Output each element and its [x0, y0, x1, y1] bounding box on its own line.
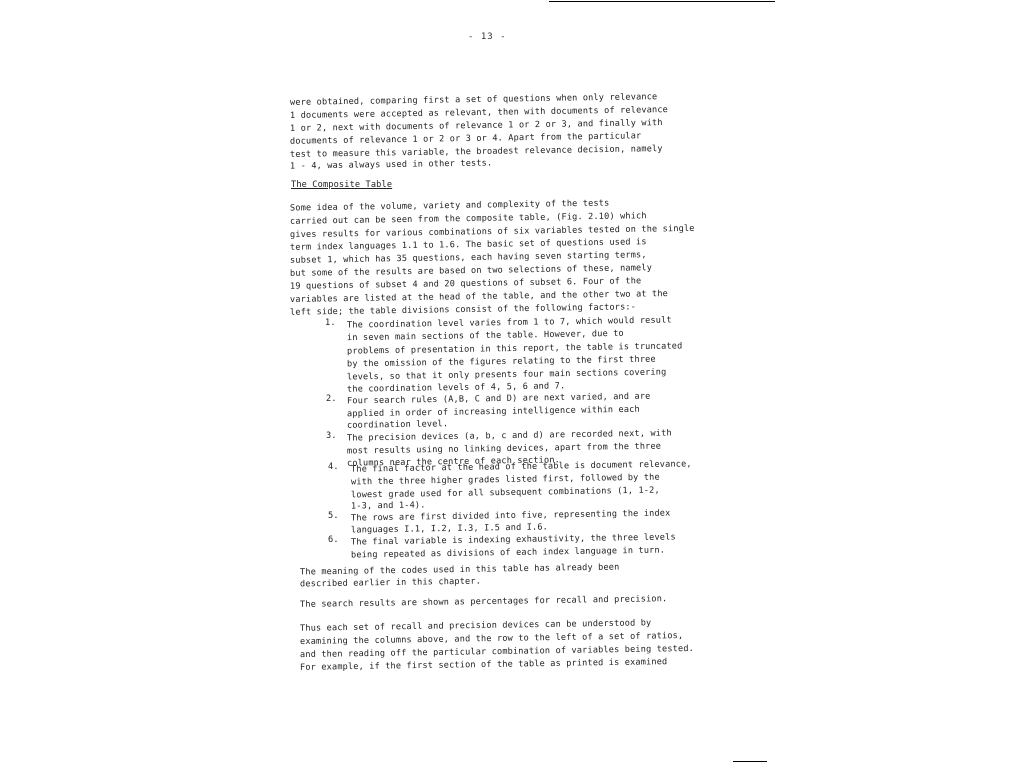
- paragraph-2-line: left side; the table divisions consist o…: [290, 302, 636, 317]
- paragraph-2-line: Some idea of the volume, variety and com…: [290, 198, 610, 213]
- paragraph-4-line: The search results are shown as percenta…: [300, 594, 667, 610]
- paragraph-1-line: 1 - 4, was always used in other tests.: [290, 158, 492, 171]
- paragraph-3-line: The meaning of the codes used in this ta…: [300, 562, 620, 577]
- list-item-number: 2.: [326, 394, 337, 404]
- list-item-number: 6.: [328, 535, 339, 545]
- top-rule: [549, 1, 775, 2]
- paragraph-1-line: test to measure this variable, the broad…: [290, 144, 663, 160]
- list-item-line: being repeated as divisions of each inde…: [351, 546, 665, 561]
- paragraph-3-line: described earlier in this chapter.: [300, 577, 481, 590]
- list-item-line: 1-3, and 1-4).: [351, 500, 426, 511]
- section-heading: The Composite Table: [291, 180, 392, 190]
- list-item-line: in seven main sections of the table. How…: [347, 329, 624, 343]
- list-item-line: lowest grade used for all subsequent com…: [351, 486, 660, 501]
- paragraph-5-line: For example, if the first section of the…: [300, 657, 667, 673]
- list-item-line: levels, so that it only presents four ma…: [347, 367, 667, 382]
- document-page: - 13 - were obtained, comparing first a …: [0, 0, 1024, 768]
- bottom-rule: [733, 761, 767, 762]
- list-item-number: 4.: [328, 462, 339, 472]
- list-item-number: 3.: [326, 431, 337, 441]
- list-item-line: coordination level.: [347, 419, 448, 431]
- page-number: - 13 -: [468, 32, 507, 42]
- list-item-line: most results using no linking devices, a…: [347, 442, 661, 457]
- list-item-number: 1.: [325, 318, 336, 328]
- list-item-line: languages I.1, I.2, I.3, I.5 and I.6.: [351, 522, 548, 535]
- list-item-line: with the three higher grades listed firs…: [351, 473, 660, 488]
- list-item-line: applied in order of increasing intellige…: [347, 405, 640, 420]
- list-item-line: by the omission of the figures relating …: [347, 355, 656, 370]
- list-item-number: 5.: [328, 511, 339, 521]
